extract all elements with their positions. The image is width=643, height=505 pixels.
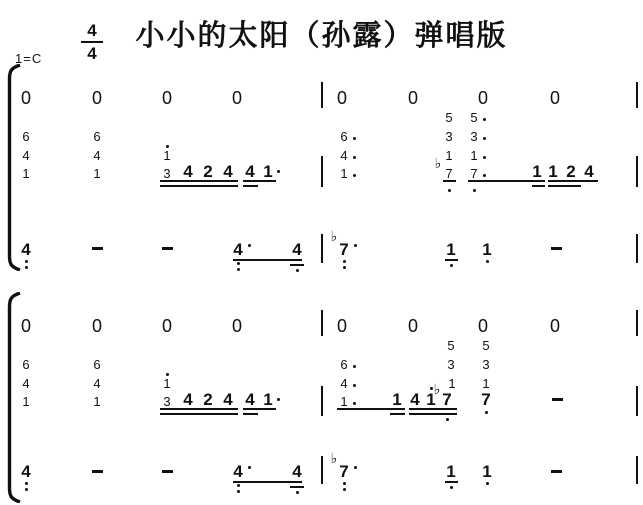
sustain-dash (552, 398, 563, 401)
note-number: 0 (162, 89, 172, 107)
note-dot (277, 398, 280, 401)
flat-accidental: ♭ (331, 451, 338, 465)
note-number: 1 (445, 149, 452, 162)
note-number: 0 (232, 317, 242, 335)
note-number: 0 (478, 317, 488, 335)
note-number: 1 (340, 395, 347, 408)
note-number: 4 (22, 149, 29, 162)
note-dot (25, 266, 28, 269)
note-number: 7 (470, 167, 477, 180)
note-dot (354, 466, 357, 469)
duration-underline (243, 185, 258, 187)
note-number: 5 (445, 111, 452, 124)
note-dot (483, 137, 486, 140)
note-number: 1 (446, 463, 455, 480)
barline (321, 386, 323, 416)
note-dot (25, 488, 28, 491)
note-number: 4 (340, 377, 347, 390)
duration-underline (243, 413, 258, 415)
note-number: 5 (447, 339, 454, 352)
note-dot (343, 260, 346, 263)
note-number: 1 (482, 463, 491, 480)
barline (321, 156, 323, 187)
note-dot (353, 156, 356, 159)
barline (636, 456, 638, 484)
note-dot (485, 411, 488, 414)
note-dot (166, 373, 169, 376)
note-dot (343, 266, 346, 269)
flat-accidental: ♭ (331, 229, 338, 243)
duration-underline (233, 481, 302, 483)
note-number: 0 (337, 317, 347, 335)
note-dot (473, 189, 476, 192)
note-dot (25, 482, 28, 485)
note-number: 4 (245, 391, 254, 408)
note-dot (448, 189, 451, 192)
note-number: 4 (93, 377, 100, 390)
note-number: 0 (92, 317, 102, 335)
note-number: 1 (163, 149, 170, 162)
note-dot (25, 260, 28, 263)
note-number: 7 (339, 241, 348, 258)
note-dot (353, 174, 356, 177)
note-number: 1 (93, 395, 100, 408)
note-number: 1 (482, 377, 489, 390)
note-number: 1 (392, 391, 401, 408)
duration-underline (409, 413, 457, 415)
duration-underline (160, 413, 238, 415)
note-number: 1 (448, 377, 455, 390)
duration-underline (290, 264, 304, 266)
note-number: 6 (340, 358, 347, 371)
note-number: 5 (482, 339, 489, 352)
note-number: 1 (22, 395, 29, 408)
note-number: 3 (447, 358, 454, 371)
note-number: 0 (162, 317, 172, 335)
note-number: 1 (263, 163, 272, 180)
note-number: 1 (340, 167, 347, 180)
duration-underline (390, 413, 405, 415)
note-number: 4 (22, 377, 29, 390)
note-number: 4 (233, 463, 242, 480)
note-dot (446, 418, 449, 421)
note-number: 0 (408, 317, 418, 335)
note-dot (353, 402, 356, 405)
note-dot (296, 491, 299, 494)
note-dot (486, 482, 489, 485)
barline (636, 310, 638, 336)
note-number: 3 (445, 130, 452, 143)
note-number: 0 (550, 317, 560, 335)
note-dot (353, 365, 356, 368)
note-number: 4 (21, 241, 30, 258)
note-number: 6 (22, 130, 29, 143)
note-dot (343, 482, 346, 485)
note-dot (450, 264, 453, 267)
duration-underline (290, 486, 304, 488)
note-number: 1 (470, 149, 477, 162)
note-number: 4 (233, 241, 242, 258)
barline (636, 234, 638, 263)
duration-underline (160, 185, 238, 187)
note-number: 6 (93, 358, 100, 371)
flat-accidental: ♭ (434, 382, 441, 396)
note-dot (483, 174, 486, 177)
note-dot (237, 490, 240, 493)
note-dot (450, 486, 453, 489)
note-dot (483, 118, 486, 121)
note-number: 3 (482, 358, 489, 371)
note-number: 1 (93, 167, 100, 180)
note-number: 0 (550, 89, 560, 107)
note-number: 4 (93, 149, 100, 162)
note-number: 7 (481, 391, 490, 408)
note-number: 1 (163, 377, 170, 390)
note-dot (277, 170, 280, 173)
note-dot (486, 260, 489, 263)
sustain-dash (551, 470, 562, 473)
note-number: 4 (584, 163, 593, 180)
note-number: 0 (92, 89, 102, 107)
note-number: 0 (408, 89, 418, 107)
duration-underline (445, 259, 458, 261)
note-number: 2 (566, 163, 575, 180)
flat-accidental: ♭ (435, 156, 442, 170)
note-number: 1 (446, 241, 455, 258)
note-number: 7 (339, 463, 348, 480)
note-number: 4 (292, 241, 301, 258)
score-canvas: 000000006416411342441641♭531753171124444… (0, 0, 643, 505)
note-dot (483, 156, 486, 159)
note-number: 3 (470, 130, 477, 143)
duration-underline (445, 481, 458, 483)
note-number: 0 (21, 317, 31, 335)
note-number: 0 (232, 89, 242, 107)
sustain-dash (92, 247, 103, 250)
note-number: 1 (22, 167, 29, 180)
sustain-dash (551, 247, 562, 250)
note-dot (343, 488, 346, 491)
duration-underline (532, 185, 545, 187)
note-number: 4 (245, 163, 254, 180)
note-dot (237, 268, 240, 271)
note-number: 0 (337, 89, 347, 107)
sustain-dash (162, 470, 173, 473)
barline (321, 310, 323, 336)
note-dot (237, 262, 240, 265)
note-number: 2 (203, 163, 212, 180)
note-dot (430, 387, 433, 390)
note-number: 2 (203, 391, 212, 408)
duration-underline (233, 259, 302, 261)
barline (321, 456, 323, 484)
note-dot (296, 269, 299, 272)
note-number: 4 (183, 391, 192, 408)
note-number: 3 (163, 395, 170, 408)
note-number: 4 (292, 463, 301, 480)
note-number: 6 (340, 130, 347, 143)
note-dot (248, 466, 251, 469)
note-number: 7 (445, 167, 452, 180)
note-number: 7 (442, 391, 451, 408)
sustain-dash (162, 247, 173, 250)
note-number: 4 (340, 149, 347, 162)
barline (636, 156, 638, 187)
note-number: 4 (223, 163, 232, 180)
note-dot (166, 145, 169, 148)
note-number: 1 (548, 163, 557, 180)
note-number: 6 (22, 358, 29, 371)
sheet-music-page: 小小的太阳（孙露）弹唱版 1=C 4 4 0000000064164113424… (0, 0, 643, 505)
duration-underline (548, 185, 581, 187)
note-number: 3 (163, 167, 170, 180)
note-number: 0 (21, 89, 31, 107)
note-number: 4 (183, 163, 192, 180)
note-dot (237, 484, 240, 487)
note-number: 1 (482, 241, 491, 258)
note-number: 1 (263, 391, 272, 408)
note-number: 0 (478, 89, 488, 107)
note-number: 5 (470, 111, 477, 124)
note-number: 6 (93, 130, 100, 143)
note-number: 1 (532, 163, 541, 180)
barline (636, 82, 638, 108)
barline (321, 234, 323, 263)
sustain-dash (92, 470, 103, 473)
note-number: 4 (410, 391, 419, 408)
note-number: 4 (21, 463, 30, 480)
note-number: 4 (223, 391, 232, 408)
note-dot (354, 244, 357, 247)
note-dot (353, 384, 356, 387)
note-dot (248, 244, 251, 247)
barline (321, 82, 323, 108)
note-dot (353, 137, 356, 140)
barline (636, 386, 638, 416)
